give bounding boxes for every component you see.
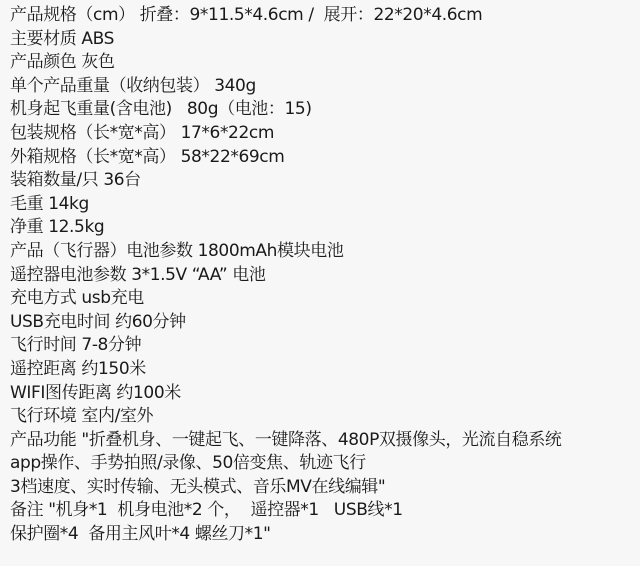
spec-line-color: 产品颜色 灰色 xyxy=(10,51,640,75)
spec-line-wifi-range: WIFI图传距离 约100米 xyxy=(10,382,640,406)
spec-line-gross-weight: 毛重 14kg xyxy=(10,193,640,217)
spec-line-aircraft-battery: 产品（飞行器）电池参数 1800mAh模块电池 xyxy=(10,240,640,264)
spec-line-features-1: 产品功能 "折叠机身、一键起飞、一键降落、480P双摄像头，光流自稳系统 xyxy=(10,429,640,453)
spec-line-features-3: 3档速度、实时传输、无头模式、音乐MV在线编辑" xyxy=(10,476,640,500)
spec-line-unit-weight: 单个产品重量（收纳包装） 340g xyxy=(10,75,640,99)
product-spec-sheet: 产品规格（cm） 折叠：9*11.5*4.6cm / 展开：22*20*4.6c… xyxy=(10,4,640,547)
spec-line-carton-size: 外箱规格（长*宽*高） 58*22*69cm xyxy=(10,146,640,170)
spec-line-net-weight: 净重 12.5kg xyxy=(10,216,640,240)
spec-line-remote-range: 遥控距离 约150米 xyxy=(10,358,640,382)
spec-line-charging-method: 充电方式 usb充电 xyxy=(10,287,640,311)
spec-line-features-2: app操作、手势拍照/录像、50倍变焦、轨迹飞行 xyxy=(10,452,640,476)
spec-line-package-size: 包装规格（长*宽*高） 17*6*22cm xyxy=(10,122,640,146)
spec-line-notes-2: 保护圈*4 备用主风叶*4 螺丝刀*1" xyxy=(10,523,640,547)
spec-line-remote-battery: 遥控器电池参数 3*1.5V “AA” 电池 xyxy=(10,264,640,288)
spec-line-material: 主要材质 ABS xyxy=(10,28,640,52)
spec-line-carton-quantity: 装箱数量/只 36台 xyxy=(10,169,640,193)
spec-line-size: 产品规格（cm） 折叠：9*11.5*4.6cm / 展开：22*20*4.6c… xyxy=(10,4,640,28)
spec-line-flight-time: 飞行时间 7-8分钟 xyxy=(10,334,640,358)
spec-line-notes-1: 备注 "机身*1 机身电池*2 个， 遥控器*1 USB线*1 xyxy=(10,499,640,523)
spec-line-flight-environment: 飞行环境 室内/室外 xyxy=(10,405,640,429)
spec-line-charging-time: USB充电时间 约60分钟 xyxy=(10,311,640,335)
spec-line-takeoff-weight: 机身起飞重量(含电池) 80g（电池：15) xyxy=(10,98,640,122)
